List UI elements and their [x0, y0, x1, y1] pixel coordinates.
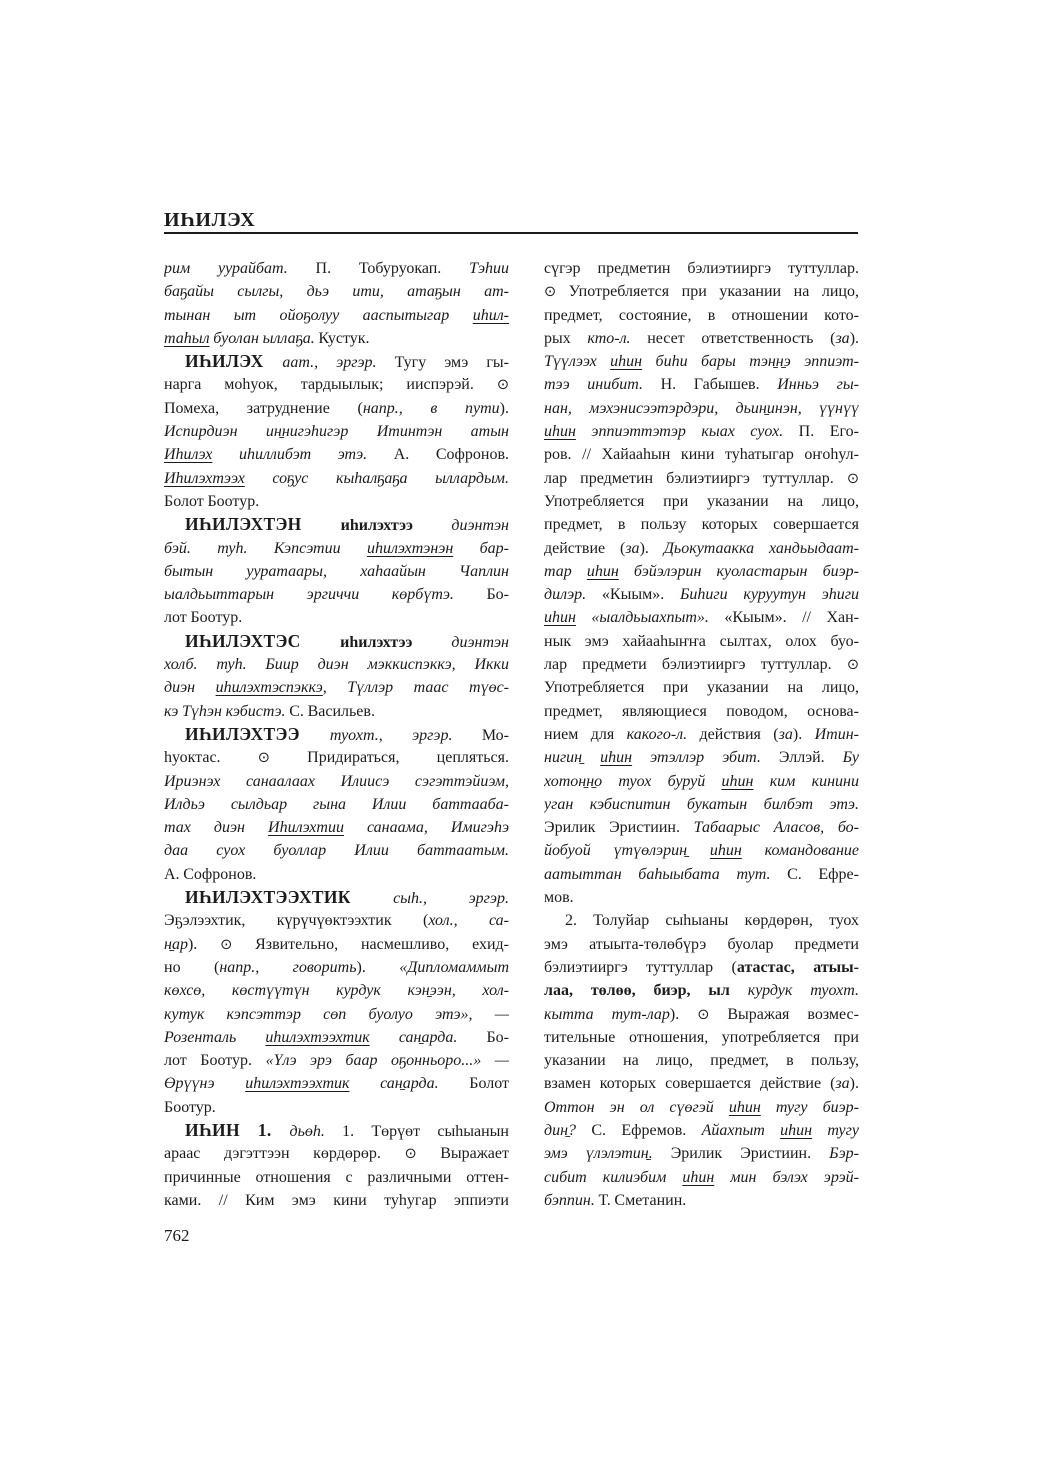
headword: ИҺИН 1. — [185, 1120, 289, 1140]
sense-marker-icon: ⊙ — [847, 657, 859, 673]
sense-marker-icon: ⊙ — [497, 377, 509, 393]
text-run: но ( — [164, 959, 219, 976]
text-run: һуоктас. — [164, 749, 258, 766]
text-run: П. Его- — [799, 423, 859, 440]
text-run: «Үлэ эрэ баар оҕонньоро...» — — [266, 1052, 509, 1069]
text-run: нан, мэхэнисээтэрдэри, дьин̱инэн, үүнүү — [544, 400, 859, 417]
text-line: диэн иһилэхтэспэккэ, Түллэр таас түөс- — [164, 676, 509, 699]
text-run: лот Боотур. — [164, 1052, 266, 1069]
text-run: командование — [742, 842, 859, 859]
text-run: Бо- — [486, 586, 509, 603]
text-run: Иһилэх — [164, 446, 212, 463]
text-run: Иһилэхтээх — [164, 470, 245, 487]
text-run: тах диэн — [164, 819, 268, 836]
text-run: Инньэ гы- — [777, 376, 859, 393]
text-line: араас дэгэттээн көрдөрөр. ⊙ Выражает — [164, 1142, 509, 1165]
running-head: ИҺИЛЭХ — [164, 209, 255, 232]
text-run: Тугу эмэ гы- — [395, 354, 509, 371]
text-run: Илдьэ сылдьар гына Илии баттааба- — [164, 796, 509, 813]
text-run: ). — [356, 959, 399, 976]
text-line: 2. Толуйар сыһыаны көрдөрөн, туох — [544, 909, 859, 932]
text-run: П. Тобуруокап. — [316, 260, 470, 277]
text-run: «Дипломаммыт — [399, 959, 509, 976]
text-line: ИҺИЛЭХ аат., эргэр. Тугу эмэ гы- — [164, 350, 509, 373]
text-run: С. Васильев. — [289, 703, 375, 720]
text-line: ⊙ Употребляется при указании на лицо, — [544, 280, 859, 303]
text-run: несет ответственность ( — [631, 330, 836, 347]
text-line: Эҕэлээхтик, күрүчүөктээхтик (хол., са- — [164, 909, 509, 932]
text-line: Иһилэхтээх соҕус кыһалҕаҕа ыллардым. — [164, 467, 509, 490]
text-run: тугу — [812, 1122, 859, 1139]
text-run: иһил- — [473, 307, 509, 324]
text-line: даа суох буоллар Илии баттаатым. — [164, 839, 509, 862]
text-run: ). — [500, 400, 509, 417]
text-line: тынан ыт ойоҕолуу ааспытыгар иһил- — [164, 304, 509, 327]
text-line: сибит килиэбим иһин мин бэлэх эрэй- — [544, 1166, 859, 1189]
text-run: Испирдиэн ин̱нигэһигэр Итинтэн атын — [164, 423, 509, 440]
text-run: араас дэгэттээн көрдөрөр. — [164, 1145, 404, 1162]
text-run: тугу биэр- — [761, 1099, 859, 1116]
text-run: даа суох буоллар Илии баттаатым. — [164, 842, 509, 859]
text-run: , Түллэр таас түөс- — [323, 679, 509, 696]
text-run: сыһ., эргэр. — [393, 890, 509, 907]
text-run: мин бэлэх эрэй- — [714, 1169, 859, 1186]
text-run: Кустук. — [318, 330, 369, 347]
text-run: Айахпыт — [702, 1122, 781, 1139]
text-run: иһилэхтээ — [340, 634, 451, 651]
text-run: Розенталь — [164, 1029, 265, 1046]
text-run: сүгэр предметин бэлиэтииргэ туттуллар. — [544, 260, 859, 277]
text-run: иһилэхтэспэккэ — [216, 679, 323, 696]
headword: ИҺИЛЭХТЭЭХТИК — [185, 887, 393, 907]
text-run: нык эмэ хайааһыҥҥа сылтах, олох буо- — [544, 633, 859, 650]
text-run: холб. туһ. Биир диэн мэккиспэккэ, Икки — [164, 656, 509, 673]
text-run: дилэр. — [544, 586, 602, 603]
dictionary-page: ИҺИЛЭХ рим уурайбат. П. Тобуруокап. Тэһи… — [0, 0, 1040, 1473]
text-run: Ириэнэх санаалаах Илиисэ сэгэттэйиэм, — [164, 773, 509, 790]
text-run: уган кэбиспитин букатын билбэт этэ. — [544, 796, 859, 813]
text-run: А. Софронов. — [394, 446, 509, 463]
text-line: лар предметин бэлиэтииргэ туттуллар. ⊙ — [544, 467, 859, 490]
text-run: сибит килиэбим — [544, 1169, 682, 1186]
text-run: лаа, төлөө, биэр, ыл — [544, 982, 748, 999]
text-run: ). — [793, 726, 815, 743]
text-line: Болот Боотур. — [164, 490, 509, 513]
text-line: иһин «ыалдьыахпыт». «Кыым». // Хан- — [544, 606, 859, 629]
text-run: биһи бары тэн̱н̱э эппиэт- — [642, 353, 859, 370]
text-run: атастас, атыы- — [737, 959, 859, 976]
text-run: Оттон эн ол сүөгэй — [544, 1099, 729, 1116]
text-run: дин̱? — [544, 1122, 591, 1139]
text-run: Бу — [843, 749, 859, 766]
text-line: иһин эппиэттэтэр кыах суох. П. Его- — [544, 420, 859, 443]
text-line: эмэ атыыта-төлөбүрэ буолар предмети — [544, 933, 859, 956]
text-run: аатыттан баһыыбата тут. — [544, 866, 787, 883]
text-run: Боотур. — [164, 1099, 216, 1116]
text-run: ров. // Хайааһын кини туһатыгар оҥоһул- — [544, 446, 859, 463]
text-line: Ириэнэх санаалаах Илиисэ сэгэттэйиэм, — [164, 770, 509, 793]
text-line: холб. туһ. Биир диэн мэккиспэккэ, Икки — [164, 653, 509, 676]
text-run: диэнтэн — [451, 517, 509, 534]
text-run: иһилэхтээхтик — [265, 1029, 369, 1046]
text-run: диэн — [164, 679, 216, 696]
text-line: ИҺИЛЭХТЭЭ туохт., эргэр. Мо- — [164, 723, 509, 746]
text-run: буолан ыллаҕа. — [210, 330, 319, 347]
text-run: рых — [544, 330, 587, 347]
text-run: С. Ефре- — [787, 866, 859, 883]
text-line: нан, мэхэнисээтэрдэри, дьин̱инэн, үүнүү — [544, 397, 859, 420]
text-run: иһин — [729, 1099, 761, 1116]
text-run: сан̱арда. — [349, 1075, 469, 1092]
sense-marker-icon: ⊙ — [697, 1007, 709, 1023]
text-line: лаа, төлөө, биэр, ыл курдук туохт. — [544, 979, 859, 1002]
text-line: предмет, состояние, в отношении кото- — [544, 304, 859, 327]
text-line: тээ инибит. Н. Габышев. Инньэ гы- — [544, 373, 859, 396]
text-line: бэппин. Т. Сметанин. — [544, 1189, 859, 1212]
text-run: за — [835, 330, 849, 347]
text-run: Тэһии — [469, 260, 509, 277]
text-line: причинные отношения с различными оттен- — [164, 1166, 509, 1189]
text-run: иһин — [610, 353, 642, 370]
sense-marker-icon: ⊙ — [220, 937, 232, 953]
text-run: напр., говорить — [219, 959, 356, 976]
text-line: аатыттан баһыыбата тут. С. Ефре- — [544, 863, 859, 886]
text-run: Түүлээх — [544, 353, 610, 370]
headword: ИҺИЛЭХТЭН — [185, 514, 341, 534]
text-run: «Кыым». // Хан- — [724, 609, 859, 626]
text-line: бытын ууратаары, хаһаайын Чаплин — [164, 560, 509, 583]
text-run: ). — [850, 1075, 859, 1092]
text-run: кто-л. — [587, 330, 630, 347]
text-run: Өрүүнэ — [164, 1075, 245, 1092]
text-run: тар — [544, 563, 587, 580]
text-run: хотон̱н̱о туох буруй — [544, 773, 722, 790]
text-run: туохт., эргэр. — [330, 727, 482, 744]
sense-marker-icon: ⊙ — [847, 471, 859, 487]
text-run: кэ Түһэн кэбистэ. — [164, 703, 289, 720]
text-line: нием для какого-л. действия (за). Итин- — [544, 723, 859, 746]
text-run: действие ( — [544, 540, 625, 557]
text-run: дьөһ. — [289, 1123, 342, 1140]
text-line: Боотур. — [164, 1096, 509, 1119]
text-line: бэй. туһ. Кэпсэтии иһилэхтэнэн бар- — [164, 537, 509, 560]
text-run: бэппин. — [544, 1192, 599, 1209]
text-line: ИҺИН 1. дьөһ. 1. Төрүөт сыһыанын — [164, 1119, 509, 1142]
sense-marker-icon: ⊙ — [544, 284, 556, 300]
text-run: Биһиги куруутун эһиги — [680, 586, 859, 603]
text-run: иһин — [780, 1122, 812, 1139]
text-run: сан̱арда. — [370, 1029, 487, 1046]
text-run: иһилэхтээхтик — [245, 1075, 349, 1092]
text-line: ров. // Хайааһын кини туһатыгар оҥоһул- — [544, 443, 859, 466]
text-run: тээ инибит. — [544, 376, 661, 393]
text-line: указании на лицо, предмет, в пользу, — [544, 1049, 859, 1072]
text-run: Выражает — [417, 1145, 509, 1162]
headword: ИҺИЛЭХТЭС — [185, 631, 340, 651]
text-line: сүгэр предметин бэлиэтииргэ туттуллар. — [544, 257, 859, 280]
text-line: ИҺИЛЭХТЭЭХТИК сыһ., эргэр. — [164, 886, 509, 909]
text-run: иһин — [722, 773, 754, 790]
text-line: Эрилик Эристиин. Табаарыс Аласов, бо- — [544, 816, 859, 839]
text-line: А. Софронов. — [164, 863, 509, 886]
text-run: Итин- — [815, 726, 859, 743]
text-run: 1. Төрүөт сыһыанын — [342, 1123, 509, 1140]
text-line: дин̱? С. Ефремов. Айахпыт иһин тугу — [544, 1119, 859, 1142]
text-run: какого-л. — [627, 726, 688, 743]
text-run: Н. Габышев. — [661, 376, 778, 393]
text-run: нигин̱ — [544, 749, 600, 766]
text-run: лар предметин бэлиэтииргэ туттуллар. — [544, 470, 847, 487]
header-rule — [164, 232, 858, 234]
text-run: напр., в пути — [363, 400, 500, 417]
text-line: рых кто-л. несет ответственность (за). — [544, 327, 859, 350]
text-run: С. Ефремов. — [591, 1122, 701, 1139]
headword: ИҺИЛЭХ — [185, 351, 282, 371]
text-run: за — [835, 1075, 849, 1092]
text-run: ким кинини — [753, 773, 859, 790]
text-run: иһин — [544, 423, 576, 440]
text-run: Помеха, затруднение ( — [164, 400, 363, 417]
text-line: баҕайы сылгы, дьэ ити, атаҕын ат- — [164, 280, 509, 303]
text-line: мов. — [544, 886, 859, 909]
text-run: ). — [670, 1006, 697, 1023]
text-line: Испирдиэн ин̱нигэһигэр Итинтэн атын — [164, 420, 509, 443]
text-run: 2. Толуйар сыһыаны көрдөрөн, туох — [565, 912, 859, 929]
text-line: кэ Түһэн кэбистэ. С. Васильев. — [164, 700, 509, 723]
text-run: предмет, в пользу которых совершается — [544, 516, 859, 533]
text-line: тар иһин бэйэлэрин куоластарын биэр- — [544, 560, 859, 583]
text-line: нигин̱ иһин этэллэр эбит. Эллэй. Бу — [544, 746, 859, 769]
text-run: рим уурайбат. — [164, 260, 316, 277]
text-run: иһин — [682, 1169, 714, 1186]
text-line: Өрүүнэ иһилэхтээхтик сан̱арда. Болот — [164, 1072, 509, 1095]
text-run: иһилэхтэнэн — [367, 540, 453, 557]
text-run: Иһилэхтии — [268, 819, 344, 836]
text-run: лот Боотур. — [164, 609, 242, 626]
text-line: тительные отношения, употребляется при — [544, 1026, 859, 1049]
text-run: иһиллибэт этэ. — [212, 446, 393, 463]
text-line: рим уурайбат. П. Тобуруокап. Тэһии — [164, 257, 509, 280]
text-run: иһин — [600, 749, 632, 766]
text-line: лар предмети бэлиэтииргэ туттуллар. ⊙ — [544, 653, 859, 676]
text-line: ИҺИЛЭХТЭН иһилэхтээ диэнтэн — [164, 513, 509, 536]
text-run: Употребляется при указании на лицо, — [544, 679, 859, 696]
text-run: курдук туохт. — [748, 982, 859, 999]
text-run: иһин — [544, 609, 576, 626]
headword: ИҺИЛЭХТЭЭ — [185, 724, 330, 744]
text-run: Выражая возмес- — [709, 1006, 859, 1023]
text-run: тительные отношения, употребляется при — [544, 1029, 859, 1046]
text-run: бар- — [453, 540, 509, 557]
text-run: кутук кэпсэттэр сөп буолуо этэ», — — [164, 1006, 509, 1023]
text-line: уган кэбиспитин букатын билбэт этэ. — [544, 793, 859, 816]
text-run: Употребляется при указании на лицо, — [556, 283, 859, 300]
text-line: кытта тут-лар). ⊙ Выражая возмес- — [544, 1003, 859, 1026]
text-line: лот Боотур. «Үлэ эрэ баар оҕонньоро...» … — [164, 1049, 509, 1072]
text-run: тынан ыт ойоҕолуу ааспытыгар — [164, 307, 473, 324]
text-run: диэнтэн — [451, 634, 509, 651]
text-line: Употребляется при указании на лицо, — [544, 676, 859, 699]
text-line: нык эмэ хайааһыҥҥа сылтах, олох буо- — [544, 630, 859, 653]
text-run: аат., эргэр. — [282, 354, 394, 371]
text-line: взамен которых совершается действие (за)… — [544, 1072, 859, 1095]
text-run: этэллэр эбит. — [632, 749, 779, 766]
text-run: Мо- — [482, 727, 509, 744]
text-run: Эллэй. — [779, 749, 843, 766]
text-run: хол., са- — [428, 912, 509, 929]
text-run: за — [779, 726, 793, 743]
text-run: Табаарыс Аласов, бо- — [694, 819, 859, 836]
text-run: нарга моһуок, тардыылык; ииспэрэй. — [164, 376, 497, 393]
text-line: хотон̱н̱о туох буруй иһин ким кинини — [544, 770, 859, 793]
text-run: соҕус кыһалҕаҕа ыллардым. — [245, 470, 509, 487]
text-line: лот Боотур. — [164, 606, 509, 629]
text-run: Бэр- — [829, 1145, 859, 1162]
text-run: взамен которых совершается действие ( — [544, 1075, 835, 1092]
text-line: көхсө, көстүүтүн курдук кэн̱ээн, хол- — [164, 979, 509, 1002]
text-run: Употребляется при указании на лицо, — [544, 493, 859, 510]
text-run: предмет, являющиеся поводом, основа- — [544, 703, 859, 720]
text-line: Розенталь иһилэхтээхтик сан̱арда. Бо- — [164, 1026, 509, 1049]
text-run: Придираться, цепляться. — [270, 749, 509, 766]
text-line: Илдьэ сылдьар гына Илии баттааба- — [164, 793, 509, 816]
text-run: н̱ар — [164, 936, 188, 953]
text-run: эмэ атыыта-төлөбүрэ буолар предмети — [544, 936, 859, 953]
text-run: ками. // Ким эмэ кини туһугар эппиэти — [164, 1192, 509, 1209]
text-line: тах диэн Иһилэхтии санаама, Имигэһэ — [164, 816, 509, 839]
text-line: действие (за). Дьокутаакка хандьыдаат- — [544, 537, 859, 560]
text-run: Болот — [469, 1075, 509, 1092]
text-run: эппиэттэтэр кыах суох. — [576, 423, 799, 440]
page-number: 762 — [164, 1226, 190, 1246]
text-run: бэй. туһ. Кэпсэтии — [164, 540, 367, 557]
text-line: ИҺИЛЭХТЭС иһилэхтээ диэнтэн — [164, 630, 509, 653]
text-run: мов. — [544, 889, 574, 906]
text-line: Иһилэх иһиллибэт этэ. А. Софронов. — [164, 443, 509, 466]
text-line: ками. // Ким эмэ кини туһугар эппиэти — [164, 1189, 509, 1212]
text-run: Эрилик Эристиин. — [671, 1145, 829, 1162]
left-column: рим уурайбат. П. Тобуруокап. Тэһиибаҕайы… — [164, 257, 509, 1212]
right-column: сүгэр предметин бэлиэтииргэ туттуллар.⊙ … — [544, 257, 859, 1212]
text-run: за — [625, 540, 639, 557]
text-line: ыалдьыттарын эргиччи көрбүтэ. Бо- — [164, 583, 509, 606]
text-run: ыалдьыттарын эргиччи көрбүтэ. — [164, 586, 486, 603]
text-line: нарга моһуок, тардыылык; ииспэрэй. ⊙ — [164, 373, 509, 396]
text-line: Помеха, затруднение (напр., в пути). — [164, 397, 509, 420]
text-run: бэлиэтииргэ туттуллар ( — [544, 959, 737, 976]
text-line: н̱ар). ⊙ Язвительно, насмешливо, ехид- — [164, 933, 509, 956]
text-line: кутук кэпсэттэр сөп буолуо этэ», — — [164, 1003, 509, 1026]
text-run: бэйэлэрин куоластарын биэр- — [619, 563, 859, 580]
text-run: кытта тут-лар — [544, 1006, 670, 1023]
text-run: Эрилик Эристиин. — [544, 819, 694, 836]
text-line: Түүлээх иһин биһи бары тэн̱н̱э эппиэт- — [544, 350, 859, 373]
text-line: дилэр. «Кыым». Биһиги куруутун эһиги — [544, 583, 859, 606]
text-run: санаама, Имигэһэ — [344, 819, 509, 836]
text-line: но (напр., говорить). «Дипломаммыт — [164, 956, 509, 979]
text-run: ). — [640, 540, 664, 557]
text-line: эмэ үлэлэтин̱. Эрилик Эристиин. Бэр- — [544, 1142, 859, 1165]
text-run: Т. Сметанин. — [599, 1192, 687, 1209]
text-run: Болот Боотур. — [164, 493, 259, 510]
text-run: эмэ үлэлэтин̱. — [544, 1145, 671, 1162]
text-run: иһин — [710, 842, 742, 859]
text-run: Бо- — [486, 1029, 509, 1046]
text-run: ). — [850, 330, 859, 347]
text-run: «Кыым». — [602, 586, 680, 603]
text-line: Употребляется при указании на лицо, — [544, 490, 859, 513]
sense-marker-icon: ⊙ — [404, 1146, 416, 1162]
text-line: таһыл буолан ыллаҕа. Кустук. — [164, 327, 509, 350]
text-run: таһыл — [164, 330, 210, 347]
text-run: йобуой үтүөлэрин̱ — [544, 842, 710, 859]
text-run: «ыалдьыахпыт». — [576, 609, 724, 626]
text-line: предмет, в пользу которых совершается — [544, 513, 859, 536]
text-line: Оттон эн ол сүөгэй иһин тугу биэр- — [544, 1096, 859, 1119]
text-run: көхсө, көстүүтүн курдук кэн̱ээн, хол- — [164, 982, 509, 999]
text-run: предмет, состояние, в отношении кото- — [544, 307, 859, 324]
text-run: Дьокутаакка хандьыдаат- — [664, 540, 859, 557]
text-run: А. Софронов. — [164, 866, 256, 883]
text-line: йобуой үтүөлэрин̱ иһин командование — [544, 839, 859, 862]
text-run: иһилэхтээ — [341, 517, 452, 534]
text-run: указании на лицо, предмет, в пользу, — [544, 1052, 859, 1069]
text-run: ). — [188, 936, 220, 953]
text-run: лар предмети бэлиэтииргэ туттуллар. — [544, 656, 847, 673]
text-line: предмет, являющиеся поводом, основа- — [544, 700, 859, 723]
text-run: Эҕэлээхтик, күрүчүөктээхтик ( — [164, 912, 428, 929]
text-line: бэлиэтииргэ туттуллар (атастас, атыы- — [544, 956, 859, 979]
text-run: иһин — [587, 563, 619, 580]
text-run: бытын ууратаары, хаһаайын Чаплин — [164, 563, 509, 580]
text-run: действия ( — [687, 726, 779, 743]
sense-marker-icon: ⊙ — [258, 750, 270, 766]
text-run: причинные отношения с различными оттен- — [164, 1169, 509, 1186]
text-run: Язвительно, насмешливо, ехид- — [232, 936, 509, 953]
text-run: баҕайы сылгы, дьэ ити, атаҕын ат- — [164, 283, 509, 300]
text-run: нием для — [544, 726, 627, 743]
text-line: һуоктас. ⊙ Придираться, цепляться. — [164, 746, 509, 769]
